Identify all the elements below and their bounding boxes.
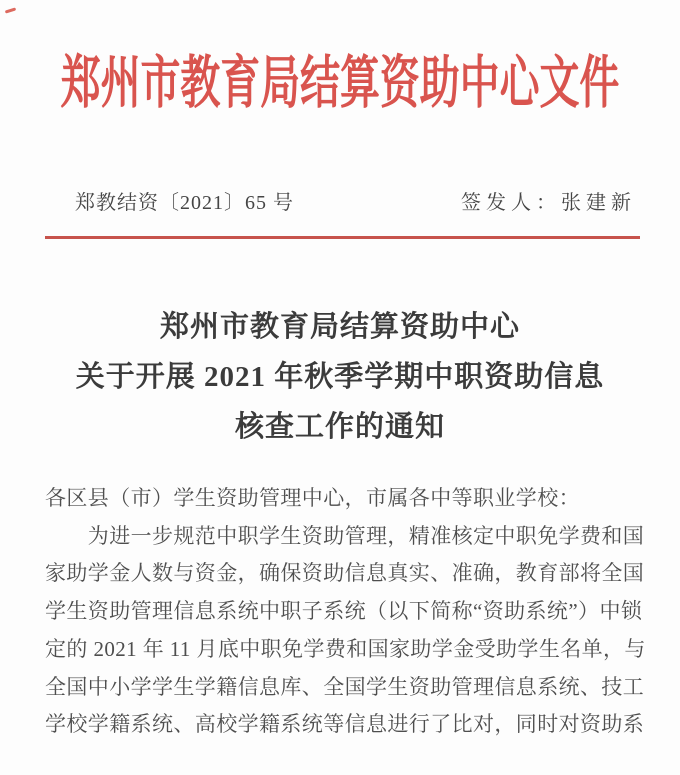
body-paragraph-line: 学校学籍系统、高校学籍系统等信息进行了比对，同时对资助系 [45, 706, 644, 744]
salutation: 各区县（市）学生资助管理中心，市属各中等职业学校： [45, 480, 644, 518]
document-body: 各区县（市）学生资助管理中心，市属各中等职业学校： 为进一步规范中职学生资助管理… [45, 480, 644, 744]
document-title-line: 关于开展 2021 年秋季学期中职资助信息 [0, 352, 680, 402]
document-title-line: 郑州市教育局结算资助中心 [0, 302, 680, 352]
issuer-name: 张建新 [561, 192, 636, 214]
body-paragraph-line: 定的 2021 年 11 月底中职免学费和国家助学金受助学生名单，与 [45, 631, 644, 669]
red-divider-line [45, 236, 640, 239]
body-paragraph-line: 学生资助管理信息系统中职子系统（以下简称“资助系统”）中锁 [45, 593, 644, 631]
red-corner-mark [5, 7, 16, 13]
document-meta-row: 郑教结资〔2021〕65 号 签发人：张建新 [75, 190, 636, 216]
document-title: 郑州市教育局结算资助中心关于开展 2021 年秋季学期中职资助信息核查工作的通知 [0, 302, 680, 452]
body-paragraph-line: 为进一步规范中职学生资助管理，精准核定中职免学费和国 [45, 518, 644, 556]
letterhead-title: 郑州市教育局结算资助中心文件 [61, 37, 620, 119]
body-paragraph-line: 全国中小学学生学籍信息库、全国学生资助管理信息系统、技工 [45, 669, 644, 707]
issuer: 签发人：张建新 [461, 190, 636, 216]
issuer-label: 签发人： [461, 192, 561, 214]
body-paragraph: 为进一步规范中职学生资助管理，精准核定中职免学费和国家助学金人数与资金，确保资助… [45, 518, 644, 744]
document-title-line: 核查工作的通知 [0, 402, 680, 452]
letterhead: 郑州市教育局结算资助中心文件 [0, 42, 680, 114]
document-page: 郑州市教育局结算资助中心文件 郑教结资〔2021〕65 号 签发人：张建新 郑州… [0, 0, 680, 775]
document-number: 郑教结资〔2021〕65 号 [75, 190, 294, 216]
body-paragraph-line: 家助学金人数与资金，确保资助信息真实、准确，教育部将全国 [45, 555, 644, 593]
